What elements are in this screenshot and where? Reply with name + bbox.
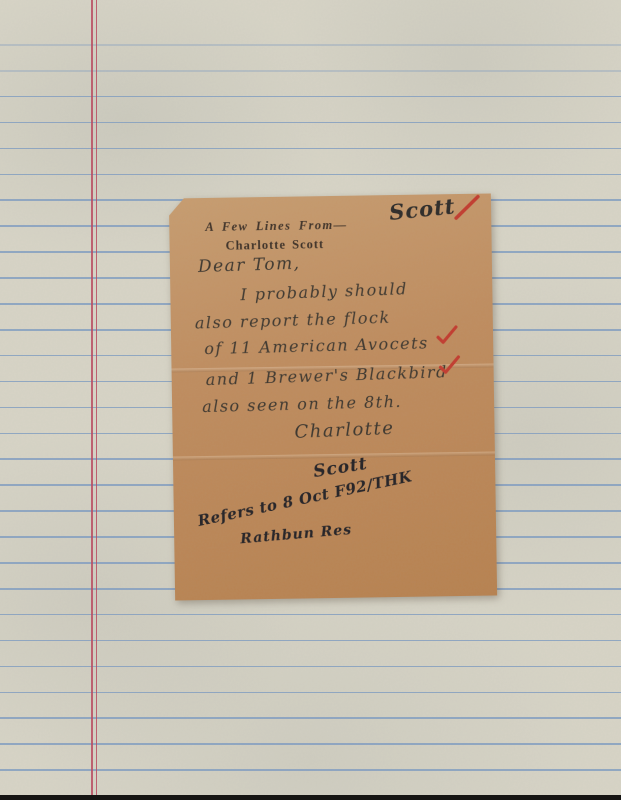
handwritten-line: also report the flock: [195, 308, 391, 333]
footer-annotation-reference: Refers to 8 Oct F92/THK: [196, 467, 414, 530]
handwritten-line: and 1 Brewer's Blackbird: [205, 362, 448, 389]
rule-line: [0, 44, 621, 46]
scan-edge: [0, 795, 621, 800]
rule-line: [0, 640, 621, 642]
rule-line: [0, 174, 621, 176]
rule-line: [0, 70, 621, 72]
handwritten-line: of 11 American Avocets: [204, 333, 429, 358]
top-annotation-scott: Scott: [388, 193, 457, 225]
rule-line: [0, 743, 621, 745]
rule-line: [0, 717, 621, 719]
handwritten-line: also seen on the 8th.: [202, 392, 402, 416]
notebook-page: A Few Lines From— Charlotte Scott Scott …: [0, 0, 621, 800]
margin-line: [96, 0, 98, 800]
note-card-surface: A Few Lines From— Charlotte Scott Scott …: [169, 193, 497, 600]
letterhead-line1: A Few Lines From—: [205, 218, 347, 235]
footer-annotation-location: Rathbun Res: [240, 522, 353, 548]
rule-line: [0, 614, 621, 616]
rule-line: [0, 666, 621, 668]
handwritten-line: Dear Tom,: [198, 254, 301, 277]
rule-line: [0, 96, 621, 98]
rule-line: [0, 692, 621, 694]
margin-line: [91, 0, 93, 800]
red-checkmark-icon: [435, 324, 459, 346]
red-checkmark-icon: [437, 354, 461, 376]
red-slash-icon: [453, 194, 481, 220]
handwritten-line: I probably should: [240, 279, 408, 304]
signature: Charlotte: [294, 418, 395, 443]
letterhead-line2: Charlotte Scott: [225, 237, 324, 254]
note-card: A Few Lines From— Charlotte Scott Scott …: [169, 193, 497, 600]
rule-line: [0, 148, 621, 150]
rule-line: [0, 122, 621, 124]
rule-line: [0, 769, 621, 771]
